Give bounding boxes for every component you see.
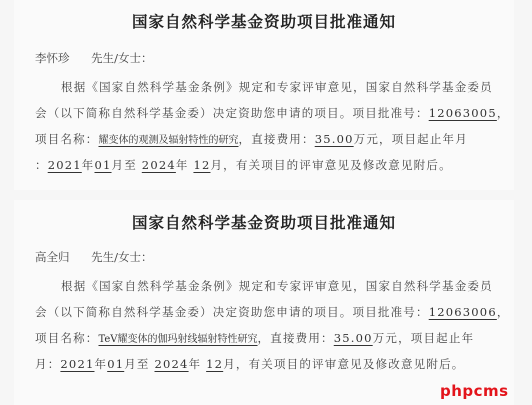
notice-title: 国家自然科学基金资助项目批准通知 [14,0,514,34]
body-line-1: 根据《国家自然科学基金条例》规定和专家评审意见，国家自然科学基金委员 [35,74,500,100]
body-line-2: 会（以下简称自然科学基金委）决定资助您申请的项目。项目批准号：12063006， [35,299,500,325]
line-text: ： [35,158,48,172]
line-text: ，直接费用： [258,331,334,345]
approval-notice-2: 国家自然科学基金资助项目批准通知 高全归 先生/女士： 根据《国家自然科学基金条… [14,200,514,405]
notice-title: 国家自然科学基金资助项目批准通知 [14,200,514,235]
start-year: 2021 [60,357,94,371]
line-text: 年 [176,158,194,172]
line-text: 月： [35,357,60,371]
salutation-suffix: 先生/女士： [91,250,152,264]
end-month: 12 [193,158,210,172]
watermark-logo: phpcms [440,382,509,400]
line-text: 月，有关项目的评审意见及修改意见附后。 [210,158,451,172]
start-month: 01 [107,357,124,371]
line-text: 会（以下简称自然科学基金委）决定资助您申请的项目。项目批准号： [35,106,429,120]
line-text: 项目名称： [35,132,99,146]
body-line-4: 月：2021年01月至 2024年 12月，有关项目的评审意见及修改意见附后。 [35,351,500,377]
line-text: ，直接费用： [239,132,315,146]
line-text: 年 [82,158,95,172]
line-text: 万元，项目起止年月 [354,132,468,146]
line-text: 项目名称： [35,331,99,345]
body-line-3: 项目名称：TeV耀变体的伽玛射线辐射特性研究，直接费用：35.00万元，项目起止… [35,325,500,351]
salutation-suffix: 先生/女士： [91,51,152,65]
body-line-3: 项目名称：耀变体的观测及辐射特性的研究，直接费用：35.00万元，项目起止年月 [35,126,500,152]
line-text: 年 [94,357,107,371]
project-name: 耀变体的观测及辐射特性的研究 [99,135,239,146]
line-text: 万元，项目起止年 [373,331,475,345]
start-month: 01 [94,158,111,172]
approval-number: 12063006 [429,305,497,319]
salutation: 李怀珍 先生/女士： [14,50,514,66]
recipient-name: 李怀珍 [35,51,70,65]
line-text: ， [497,106,510,120]
body-line-4: ：2021年01月至 2024年 12月，有关项目的评审意见及修改意见附后。 [35,152,500,178]
line-text: 月，有关项目的评审意见及修改意见附后。 [223,357,464,371]
end-year: 2024 [142,158,176,172]
approval-number: 12063005 [429,106,497,120]
body-line-1: 根据《国家自然科学基金条例》规定和专家评审意见，国家自然科学基金委员 [35,273,500,299]
line-text: ， [497,305,510,319]
end-month: 12 [206,357,223,371]
project-name: TeV耀变体的伽玛射线辐射特性研究 [99,334,258,345]
start-year: 2021 [48,158,82,172]
body-line-2: 会（以下简称自然科学基金委）决定资助您申请的项目。项目批准号：12063005， [35,100,500,126]
notice-body: 根据《国家自然科学基金条例》规定和专家评审意见，国家自然科学基金委员 会（以下简… [14,74,514,178]
line-text: 月至 [112,158,142,172]
end-year: 2024 [155,357,189,371]
recipient-name: 高全归 [35,250,70,264]
line-text: 月至 [124,357,154,371]
notice-body: 根据《国家自然科学基金条例》规定和专家评审意见，国家自然科学基金委员 会（以下简… [14,273,514,377]
direct-cost: 35.00 [315,132,354,146]
line-text: 年 [189,357,207,371]
approval-notice-1: 国家自然科学基金资助项目批准通知 李怀珍 先生/女士： 根据《国家自然科学基金条… [14,0,514,190]
salutation: 高全归 先生/女士： [14,249,514,265]
direct-cost: 35.00 [334,331,373,345]
line-text: 会（以下简称自然科学基金委）决定资助您申请的项目。项目批准号： [35,305,429,319]
